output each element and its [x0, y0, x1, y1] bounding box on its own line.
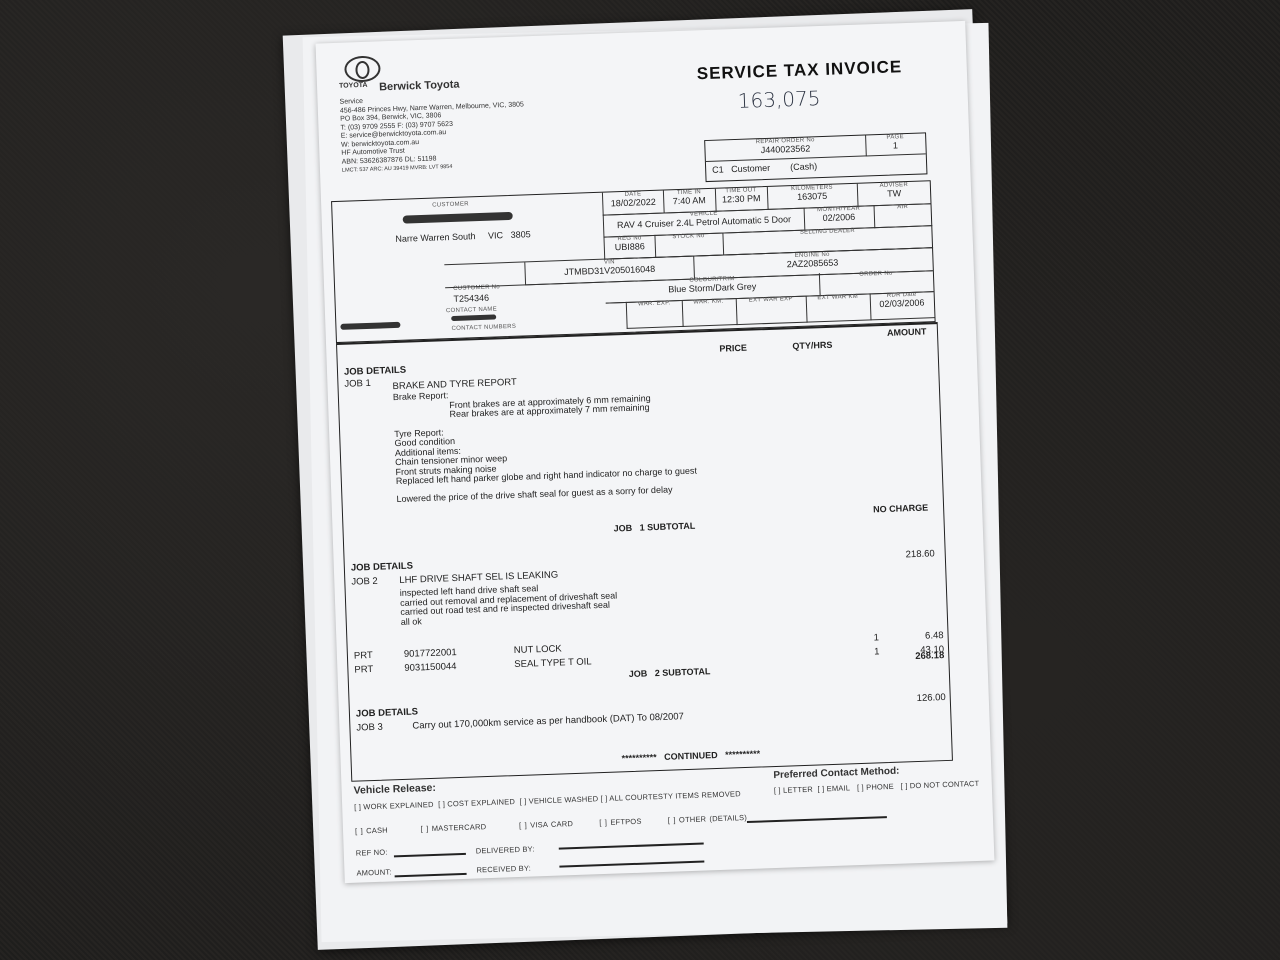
job-details-box: PRICE QTY/HRS AMOUNT JOB DETAILS JOB 1 B…	[336, 322, 953, 782]
contact-email[interactable]: [ ] EMAIL	[817, 783, 850, 793]
customer-no: T254346	[453, 293, 489, 304]
customer-label: CUSTOMER	[432, 201, 469, 208]
payment-mastercard[interactable]: [ ] MASTERCARD	[420, 822, 486, 833]
job-2-labour-amount: 218.60	[885, 548, 935, 561]
date-value: 18/02/2022	[603, 197, 663, 209]
vehicle-release-title: Vehicle Release:	[353, 782, 436, 797]
km-value: 163075	[767, 190, 857, 203]
dealer-name: Berwick Toyota	[379, 79, 460, 94]
payment-cash[interactable]: [ ] CASH	[355, 826, 388, 836]
job-3-labour-amount: 126.00	[896, 692, 946, 705]
rdr-value: 02/03/2006	[870, 297, 934, 309]
ref-no-field[interactable]	[394, 853, 466, 857]
part-type: PRT	[354, 664, 373, 676]
payment-visa[interactable]: [ ] VISA CARD	[519, 819, 573, 830]
ref-no-label: REF NO:	[356, 848, 388, 858]
brand-text: TOYOTA	[339, 82, 368, 91]
reg-value: UBI886	[605, 241, 655, 253]
ext-war-km-label: EXT WAR KM	[806, 293, 870, 301]
amount-label: AMOUNT:	[356, 867, 391, 877]
contact-method-options: [ ] LETTER [ ] EMAIL [ ] PHONE [ ] DO NO…	[774, 779, 980, 795]
customer-address: Narre Warren South VIC 3805	[395, 229, 531, 244]
invoice-sheet: TOYOTA Berwick Toyota Service 456-486 Pr…	[316, 21, 995, 883]
check-work-explained[interactable]: [ ] WORK EXPLAINED	[354, 800, 434, 812]
war-exp-label: WAR. EXP.	[627, 300, 682, 308]
page-number: 1	[865, 139, 925, 151]
time-out-value: 12:30 PM	[715, 193, 767, 205]
part-description: SEAL TYPE T OIL	[514, 656, 592, 670]
payment-eftpos[interactable]: [ ] EFTPOS	[599, 817, 642, 827]
war-km-label: WAR. KM.	[681, 298, 736, 306]
part-row: PRT 9017722001 NUT LOCK 1 6.48	[354, 630, 944, 651]
continued-marker: ********** CONTINUED **********	[621, 749, 760, 764]
check-cost-explained[interactable]: [ ] COST EXPLAINED	[438, 797, 515, 809]
job-1-subtotal: NO CHARGE	[873, 503, 928, 515]
contact-name-redacted	[451, 314, 496, 321]
received-by-label: RECEIVED BY:	[476, 864, 531, 875]
part-amount: 6.48	[893, 630, 943, 643]
contact-letter[interactable]: [ ] LETTER	[774, 785, 813, 795]
price-column-header: PRICE	[719, 343, 747, 354]
contact-phone[interactable]: [ ] PHONE	[857, 782, 894, 792]
amount-column-header: AMOUNT	[887, 326, 927, 337]
job-2-heading: JOB DETAILS	[351, 561, 413, 574]
customer-suburb: Narre Warren South	[395, 231, 476, 244]
check-vehicle-washed[interactable]: [ ] VEHICLE WASHED	[519, 794, 598, 806]
amount-field[interactable]	[395, 873, 467, 877]
job-2-subtotal-label: JOB 2 SUBTOTAL	[629, 666, 711, 679]
customer-postcode: 3805	[510, 229, 530, 240]
handwritten-odometer: 163,075	[737, 86, 821, 113]
ext-war-exp-label: EXT WAR EXP	[736, 296, 806, 304]
received-by-field[interactable]	[559, 861, 704, 868]
part-type: PRT	[354, 650, 373, 662]
contact-method-title: Preferred Contact Method:	[773, 766, 899, 781]
check-courtesy-items-removed[interactable]: [ ] ALL COURTESTY ITEMS REMOVED	[600, 789, 740, 803]
job-1-number: JOB 1	[344, 378, 371, 390]
month-year-value: 02/2006	[804, 211, 874, 223]
customer-state: VIC	[488, 230, 503, 241]
part-number: 9017722001	[404, 647, 457, 660]
stock-label: STOCK No	[654, 233, 722, 241]
part-qty: 1	[874, 646, 880, 657]
job-3-heading: JOB DETAILS	[356, 706, 418, 719]
part-description: NUT LOCK	[514, 643, 562, 656]
contact-do-not-contact[interactable]: [ ] DO NOT CONTACT	[901, 779, 980, 791]
job-1-heading: JOB DETAILS	[344, 365, 406, 378]
account-type: C1 Customer (Cash)	[712, 161, 817, 175]
part-number: 9031150044	[404, 661, 456, 674]
contact-name-label: CONTACT NAME	[446, 306, 497, 314]
customer-name-redacted	[403, 212, 513, 224]
dealer-details: Service 456-486 Princes Hwy, Narre Warre…	[339, 92, 526, 175]
invoice-title: SERVICE TAX INVOICE	[696, 57, 902, 84]
job-3-number: JOB 3	[356, 722, 383, 734]
payment-methods: [ ] CASH [ ] MASTERCARD [ ] VISA CARD [ …	[355, 813, 747, 836]
job-1-subtotal-label: JOB 1 SUBTOTAL	[613, 521, 695, 534]
adviser-value: TW	[857, 187, 931, 200]
job-2-subtotal: 268.18	[894, 650, 944, 663]
contact-numbers-label: CONTACT NUMBERS	[451, 324, 516, 332]
delivered-by-field[interactable]	[559, 843, 704, 850]
customer-vehicle-block: CUSTOMER Narre Warren South VIC 3805 CUS…	[331, 180, 936, 343]
job-3-title: Carry out 170,000km service as per handb…	[412, 711, 684, 731]
job-2-number: JOB 2	[351, 576, 378, 588]
contact-number-redacted	[340, 322, 400, 330]
qty-column-header: QTY/HRS	[792, 340, 832, 351]
other-details-line[interactable]	[747, 816, 887, 822]
time-in-value: 7:40 AM	[663, 195, 715, 207]
repair-order-box: REPAIR ORDER No J440023562 PAGE 1 C1 Cus…	[704, 132, 927, 182]
job-2-notes: inspected left hand drive shaft seal car…	[400, 581, 618, 627]
part-qty: 1	[873, 632, 879, 643]
delivered-by-label: DELIVERED BY:	[476, 844, 535, 855]
job-1-notes: Brake Report: Front brakes are at approx…	[393, 383, 698, 504]
payment-other[interactable]: [ ] OTHER (DETAILS)	[668, 813, 747, 825]
toyota-logo-icon	[344, 55, 381, 82]
air-label: AIR	[874, 203, 932, 211]
